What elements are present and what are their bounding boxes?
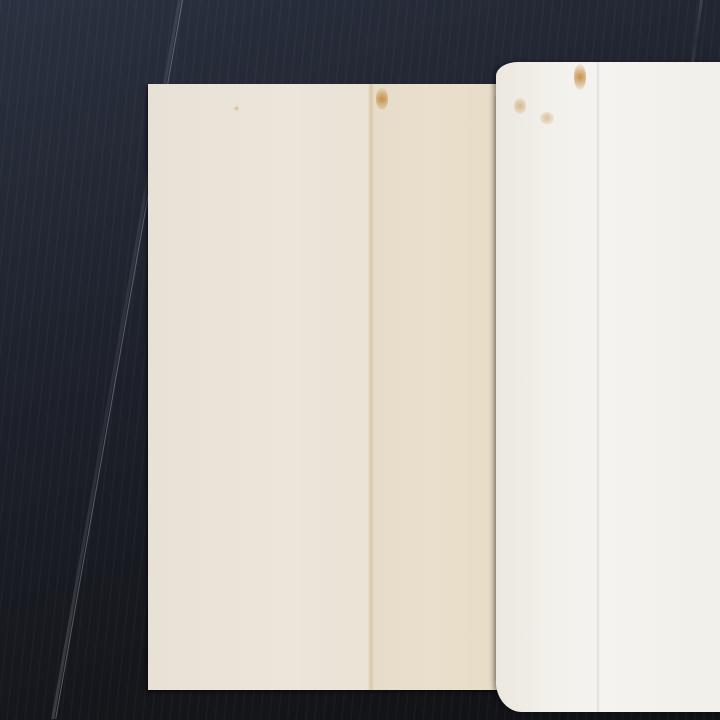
foxing-stain [376, 88, 388, 110]
page-fold-crease [596, 62, 600, 712]
foxing-stain [514, 98, 526, 114]
left-blank-page [148, 84, 500, 690]
foxing-stain [574, 64, 586, 90]
foxing-spot [234, 106, 239, 111]
page-fold-crease [368, 84, 374, 690]
foxing-stain [540, 112, 554, 124]
right-curled-page [496, 62, 720, 712]
